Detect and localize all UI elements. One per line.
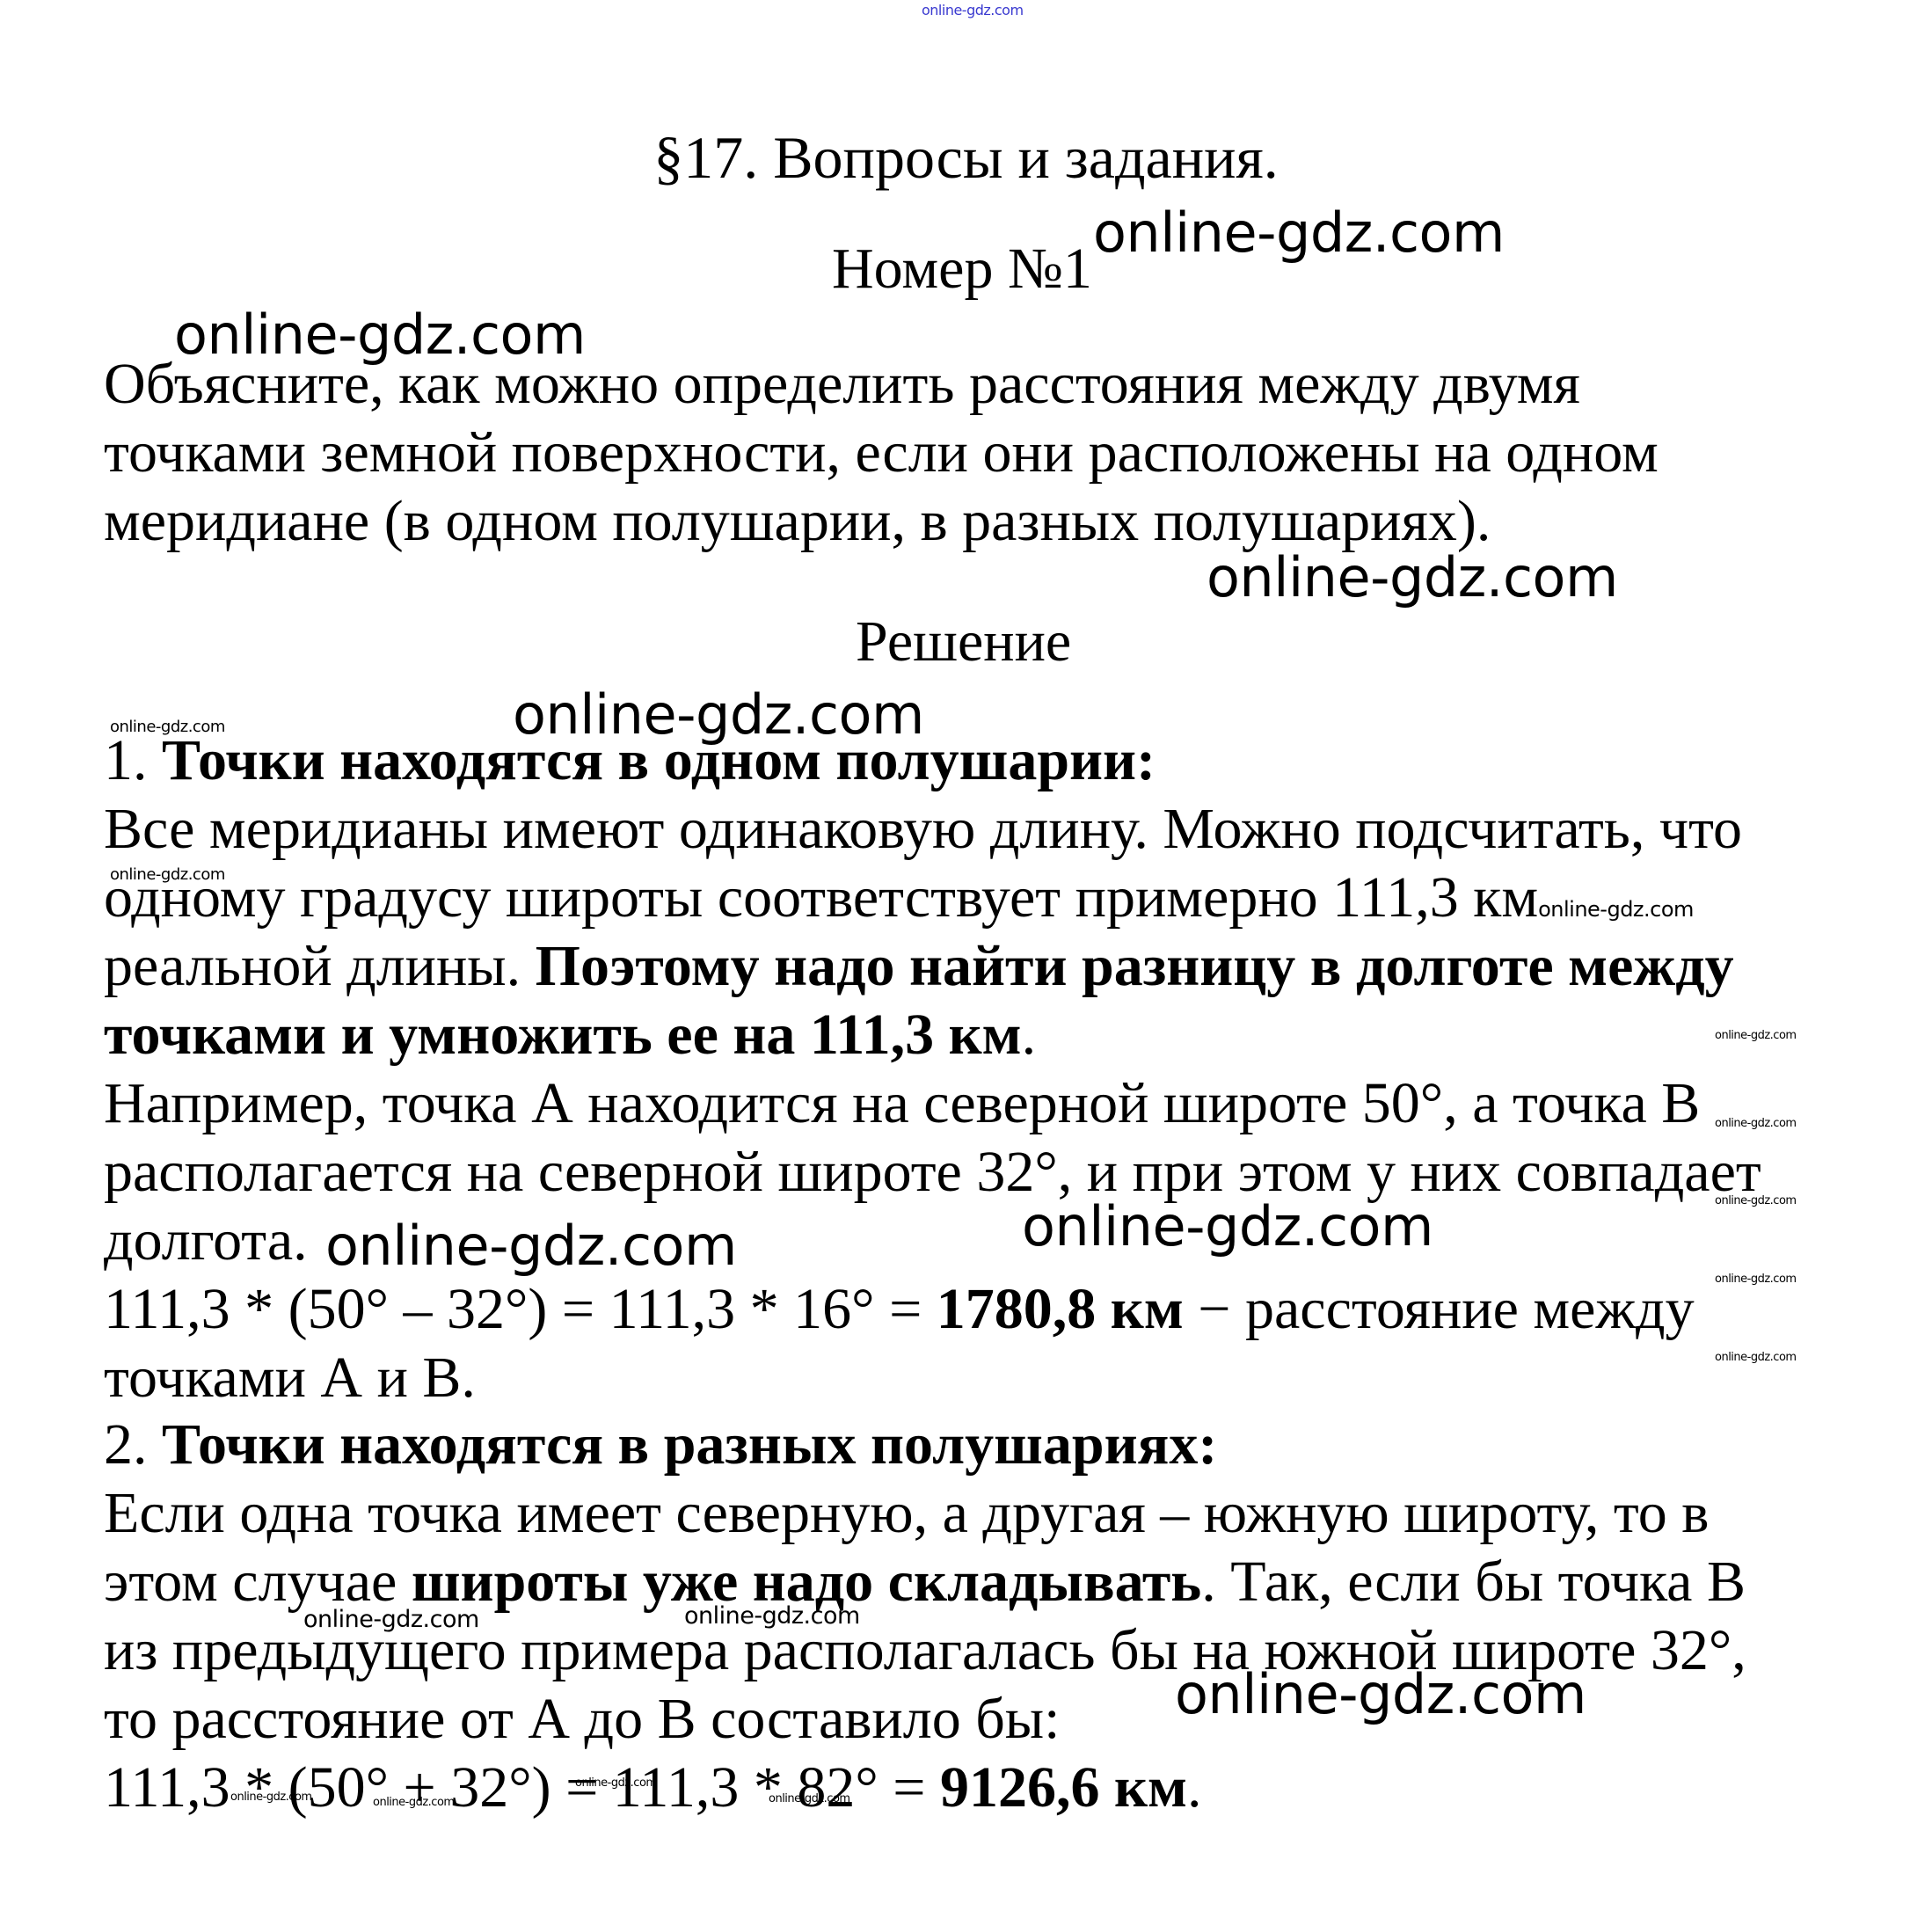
watermark: online-gdz.com — [1207, 545, 1618, 609]
formula-text: . — [1187, 1755, 1202, 1820]
question-line: точками земной поверхности, если они рас… — [104, 419, 1659, 487]
watermark: online-gdz.com — [1715, 1029, 1797, 1042]
section1-title: Точки находятся в одном полушарии: — [162, 728, 1156, 792]
body-line: точками и умножить ее на 111,3 км. — [104, 1001, 1036, 1069]
body-text: . Так, если бы точка В — [1201, 1550, 1746, 1614]
body-line: располагается на северной широте 32°, и … — [104, 1138, 1761, 1207]
body-line: Все меридианы имеют одинаковую длину. Мо… — [104, 795, 1742, 864]
task-number: Номер №1 — [832, 236, 1092, 303]
formula-line: 111,3 * (50° – 32°) = 111,3 * 16° = 1780… — [104, 1275, 1695, 1344]
body-text: реальной длины. — [104, 934, 536, 998]
section1-heading: 1. Точки находятся в одном полушарии: — [104, 726, 1156, 795]
watermark: online-gdz.com — [1538, 897, 1694, 922]
watermark: online-gdz.com — [1093, 201, 1505, 265]
watermark: online-gdz.com — [1715, 1273, 1797, 1286]
formula-result: 1780,8 км — [937, 1277, 1184, 1341]
body-line: долгота. — [104, 1207, 308, 1275]
section2-number: 2. — [104, 1412, 148, 1477]
watermark: online-gdz.com — [1715, 1194, 1797, 1207]
section1-number: 1. — [104, 728, 148, 792]
section2-heading: 2. Точки находятся в разных полушариях: — [104, 1411, 1217, 1479]
watermark: online-gdz.com — [1022, 1194, 1433, 1258]
body-text-bold: Поэтому надо найти разницу в долготе меж… — [536, 934, 1734, 998]
formula-text: − расстояние между — [1184, 1277, 1695, 1341]
body-text: этом случае — [104, 1550, 412, 1614]
formula-text: 111,3 * (50° + 32°) = 111,3 * 82° = — [104, 1755, 940, 1820]
body-text: . — [1022, 1003, 1037, 1067]
body-text-bold: точками и умножить ее на 111,3 км — [104, 1003, 1022, 1067]
solution-heading: Решение — [856, 609, 1071, 675]
body-line: Если одна точка имеет северную, а другая… — [104, 1479, 1709, 1548]
formula-text: 111,3 * (50° – 32°) = 111,3 * 16° = — [104, 1277, 937, 1341]
body-line: реальной длины. Поэтому надо найти разни… — [104, 932, 1734, 1001]
question-line: Объясните, как можно определить расстоян… — [104, 350, 1580, 419]
watermark: online-gdz.com — [230, 1791, 312, 1804]
body-line: точками А и В. — [104, 1344, 476, 1412]
watermark-top: online-gdz.com — [922, 2, 1024, 18]
watermark: online-gdz.com — [575, 1776, 657, 1790]
section2-title: Точки находятся в разных полушариях: — [162, 1412, 1217, 1477]
body-text: одному градусу широты соответствует прим… — [104, 865, 1538, 930]
document-page: online-gdz.com §17. Вопросы и задания. Н… — [0, 0, 1932, 1911]
body-line: Например, точка А находится на северной … — [104, 1069, 1700, 1138]
watermark: online-gdz.com — [373, 1796, 455, 1809]
watermark: online-gdz.com — [325, 1214, 737, 1278]
body-line: то расстояние от А до В составило бы: — [104, 1685, 1060, 1754]
formula-result: 9126,6 км — [940, 1755, 1187, 1820]
watermark: online-gdz.com — [769, 1792, 850, 1805]
watermark: online-gdz.com — [1715, 1351, 1797, 1364]
watermark: online-gdz.com — [1715, 1117, 1797, 1130]
watermark: online-gdz.com — [1175, 1662, 1586, 1726]
page-title: §17. Вопросы и задания. — [0, 123, 1932, 193]
